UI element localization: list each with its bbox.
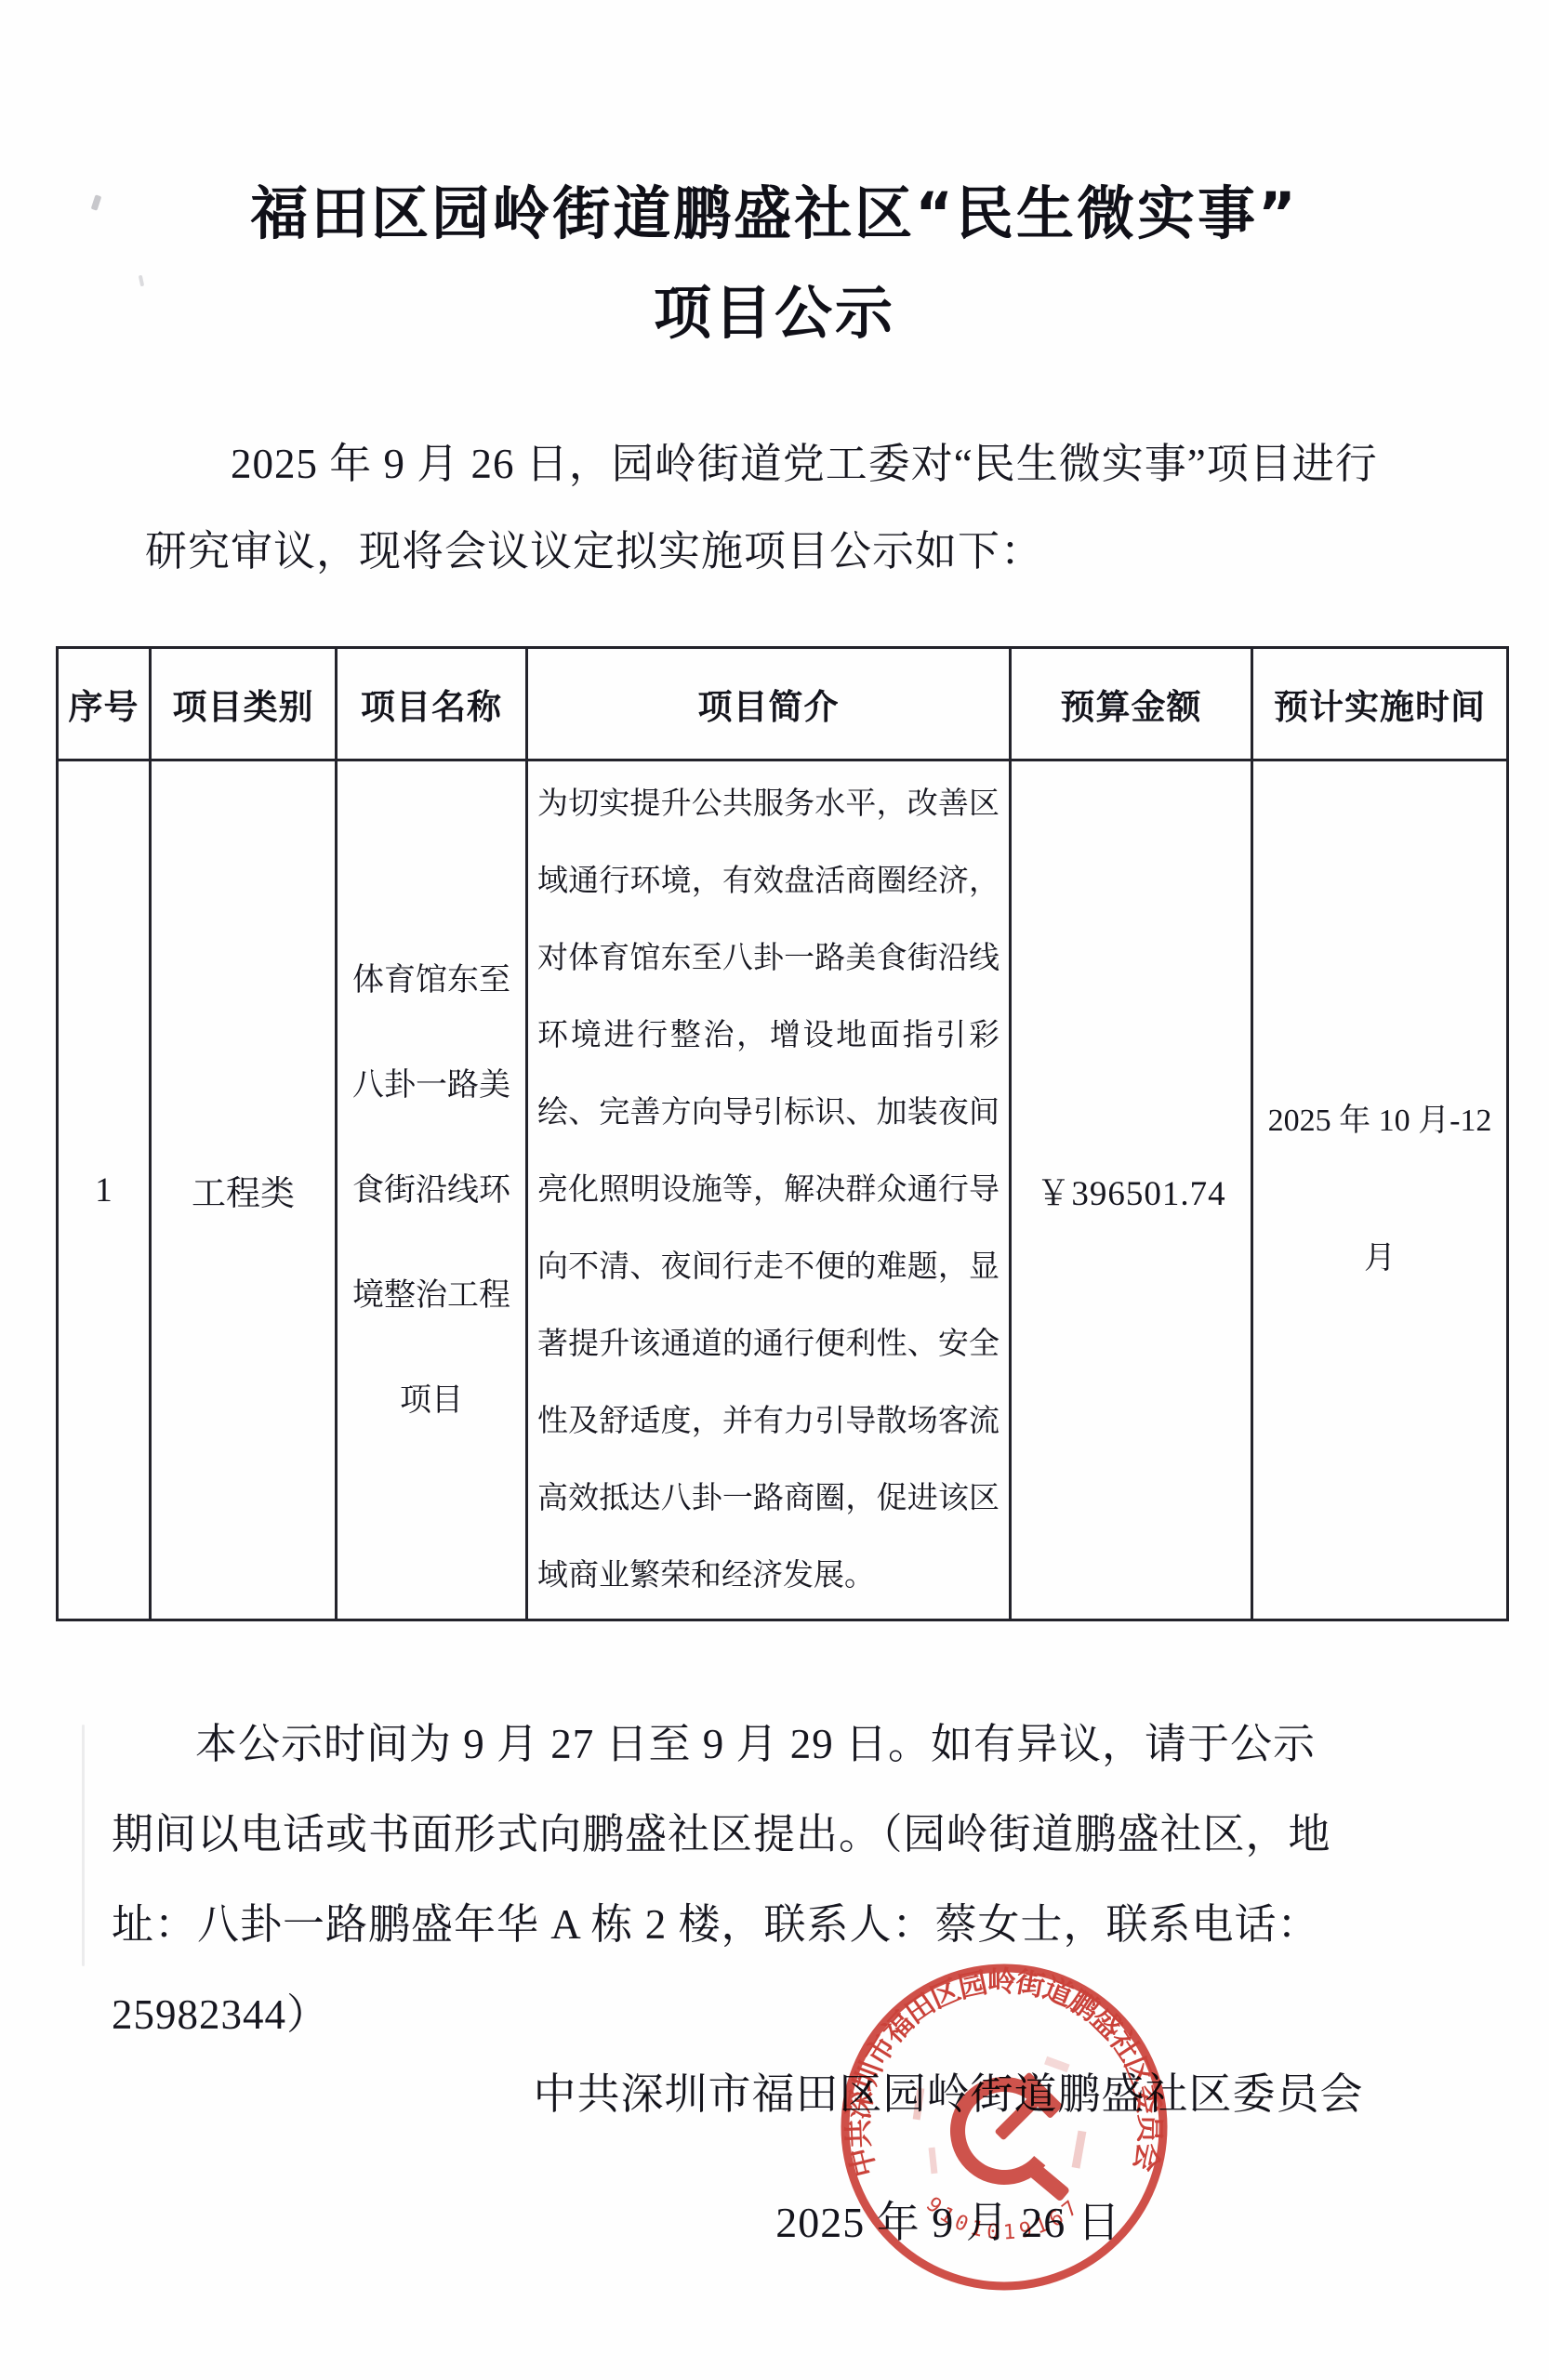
cell-serial-no: 1 [58,760,151,1620]
cell-budget-amount: ￥396501.74 [1011,760,1252,1620]
header-serial-no: 序号 [58,648,151,760]
title-line-2: 项目公示 [0,263,1549,363]
header-project-name: 项目名称 [337,648,527,760]
title-line-1: 福田区园岭街道鹏盛社区“民生微实事” [0,164,1549,263]
header-project-category: 项目类别 [151,648,337,760]
header-planned-schedule: 预计实施时间 [1252,648,1508,760]
scan-artifact [82,1725,85,1966]
table-header-row: 序号 项目类别 项目名称 项目简介 预算金额 预计实施时间 [58,648,1508,760]
document-title: 福田区园岭街道鹏盛社区“民生微实事” 项目公示 [0,164,1549,363]
projects-table: 序号 项目类别 项目名称 项目简介 预算金额 预计实施时间 1 工程类 体育馆东… [56,646,1509,1621]
cell-planned-schedule: 2025 年 10 月-12 月 [1252,760,1508,1620]
document-page: 福田区园岭街道鹏盛社区“民生微实事” 项目公示 2025 年 9 月 26 日，… [0,0,1549,2380]
signature-block: 中共深圳市福田区园岭街道鹏盛社区委员会 2025 年 9 月 26 日 [353,2066,1543,2252]
closing-paragraph: 本公示时间为 9 月 27 日至 9 月 29 日。如有异议，请于公示期间以电话… [112,1699,1354,2060]
signature-date: 2025 年 9 月 26 日 [353,2194,1543,2252]
signature-organization: 中共深圳市福田区园岭街道鹏盛社区委员会 [353,2066,1543,2123]
table-row: 1 工程类 体育馆东至八卦一路美食街沿线环境整治工程项目 为切实提升公共服务水平… [58,760,1508,1620]
cell-project-category: 工程类 [151,760,337,1620]
intro-paragraph: 2025 年 9 月 26 日，园岭街道党工委对“民生微实事”项目进行研究审议，… [145,420,1402,595]
cell-project-summary: 为切实提升公共服务水平，改善区域通行环境，有效盘活商圈经济，对体育馆东至八卦一路… [527,760,1011,1620]
header-project-summary: 项目简介 [527,648,1011,760]
cell-project-name: 体育馆东至八卦一路美食街沿线环境整治工程项目 [337,760,527,1620]
header-budget-amount: 预算金额 [1011,648,1252,760]
